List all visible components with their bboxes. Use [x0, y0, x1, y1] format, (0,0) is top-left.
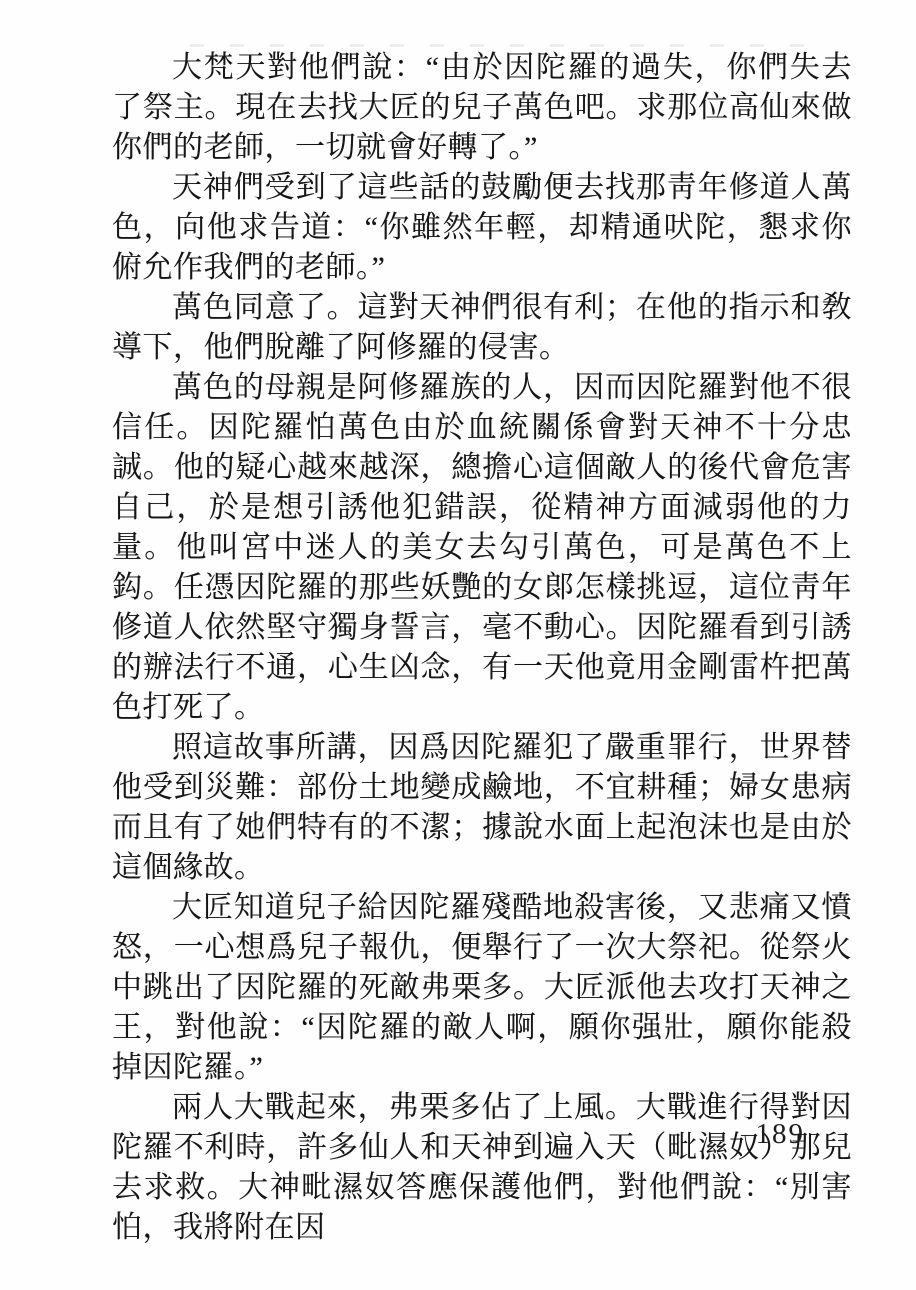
paragraph: 萬色的母親是阿修羅族的人，因而因陀羅對他不很信任。因陀羅怕萬色由於血統關係會對天… — [112, 368, 852, 728]
text-block: 大梵天對他們說：“由於因陀羅的過失，你們失去了祭主。現在去找大匠的兒子萬色吧。求… — [112, 48, 852, 1248]
paragraph: 兩人大戰起來，弗栗多佔了上風。大戰進行得對因陀羅不利時，許多仙人和天神到遍入天（… — [112, 1088, 852, 1248]
paragraph: 照這故事所講，因爲因陀羅犯了嚴重罪行，世界替他受到災難：部份土地變成鹼地，不宜耕… — [112, 728, 852, 888]
paragraph: 天神們受到了這些話的鼓勵便去找那靑年修道人萬色，向他求告道：“你雖然年輕，却精通… — [112, 168, 852, 288]
paragraph: 大梵天對他們說：“由於因陀羅的過失，你們失去了祭主。現在去找大匠的兒子萬色吧。求… — [112, 48, 852, 168]
scan-noise-artifact — [190, 44, 810, 47]
paragraph: 大匠知道兒子給因陀羅殘酷地殺害後，又悲痛又憤怒，一心想爲兒子報仇，便舉行了一次大… — [112, 888, 852, 1088]
paragraph: 萬色同意了。這對天神們很有利；在他的指示和敎導下，他們脫離了阿修羅的侵害。 — [112, 288, 852, 368]
book-page: 大梵天對他們說：“由於因陀羅的過失，你們失去了祭主。現在去找大匠的兒子萬色吧。求… — [0, 0, 916, 1290]
page-number: 189 — [756, 1118, 806, 1151]
